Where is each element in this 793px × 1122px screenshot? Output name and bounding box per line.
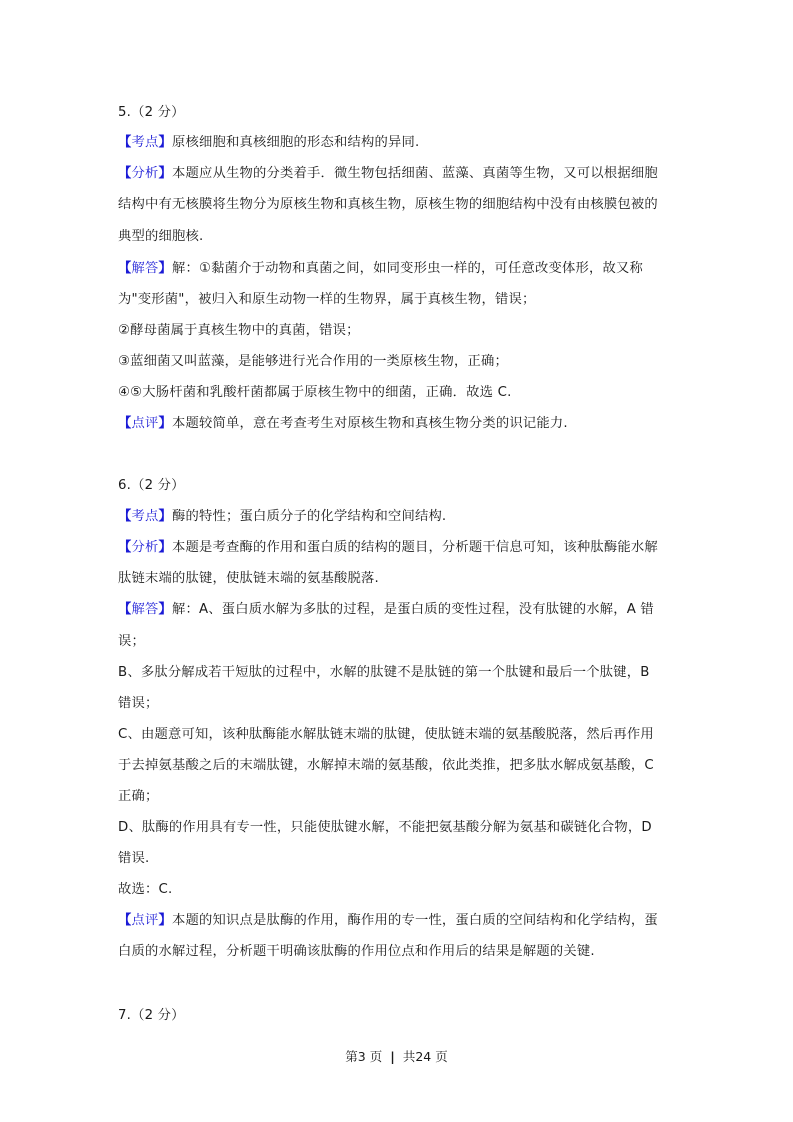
q5-dianping: 【点评】本题较简单，意在考查考生对原核生物和真核生物分类的识记能力. [118,415,568,433]
q6-jieda-line-6: 于去掉氨基酸之后的末端肽键，水解掉末端的氨基酸，依此类推，把多肽水解成氨基酸，C [118,757,654,775]
q6-dianping: 【点评】本题的知识点是肽酶的作用，酶作用的专一性，蛋白质的空间结构和化学结构，蛋 [118,912,658,930]
q6-dianping-line-2: 白质的水解过程，分析题干明确该肽酶的作用位点和作用后的结果是解题的关键. [118,943,595,961]
q6-jieda-line-9: 错误. [118,850,149,868]
kaodian-text: 酶的特性；蛋白质分子的化学结构和空间结构. [172,509,446,524]
left-bracket-icon: 【 [118,509,132,524]
left-bracket-icon: 【 [118,416,132,431]
right-bracket-icon: 】 [159,261,173,276]
dianping-text: 本题较简单，意在考查考生对原核生物和真核生物分类的识记能力. [172,416,568,431]
page-footer: 第3 页|共24 页 [0,1048,793,1066]
left-bracket-icon: 【 [118,166,132,181]
total-pages: 共24 页 [403,1049,448,1064]
q5-kaodian: 【考点】原核细胞和真核细胞的形态和结构的异同. [118,134,419,152]
right-bracket-icon: 】 [159,540,173,555]
fenxi-tag: 分析 [132,540,159,555]
right-bracket-icon: 】 [159,135,173,150]
jieda-text: 解：①黏菌介于动物和真菌之间，如同变形虫一样的，可任意改变体形，故又称 [172,261,643,276]
page-number: 第3 页 [345,1049,382,1064]
jieda-tag: 解答 [132,261,159,276]
q6-fenxi-line-2: 肽链末端的肽键，使肽链末端的氨基酸脱落. [118,570,379,588]
left-bracket-icon: 【 [118,602,132,617]
fenxi-text: 本题是考查酶的作用和蛋白质的结构的题目，分析题干信息可知，该种肽酶能水解 [172,540,658,555]
dianping-text: 本题的知识点是肽酶的作用，酶作用的专一性，蛋白质的空间结构和化学结构，蛋 [172,913,658,928]
fenxi-tag: 分析 [132,166,159,181]
right-bracket-icon: 】 [159,913,173,928]
q6-jieda: 【解答】解：A、蛋白质水解为多肽的过程，是蛋白质的变性过程，没有肽键的水解，A … [118,601,654,619]
q6-jieda-line-5: C、由题意可知，该种肽酶能水解肽链末端的肽键，使肽链末端的氨基酸脱落，然后再作用 [118,726,654,744]
jieda-text: 解：A、蛋白质水解为多肽的过程，是蛋白质的变性过程，没有肽键的水解，A 错 [172,602,654,617]
kaodian-tag: 考点 [132,135,159,150]
right-bracket-icon: 】 [159,416,173,431]
left-bracket-icon: 【 [118,913,132,928]
footer-separator: | [390,1048,395,1066]
right-bracket-icon: 】 [159,166,173,181]
q5-jieda: 【解答】解：①黏菌介于动物和真菌之间，如同变形虫一样的，可任意改变体形，故又称 [118,260,643,278]
q6-jieda-line-8: D、肽酶的作用具有专一性，只能使肽键水解，不能把氨基酸分解为氨基和碳链化合物，D [118,819,652,837]
question-6-number: 6.（2 分） [118,477,185,495]
kaodian-text: 原核细胞和真核细胞的形态和结构的异同. [172,135,419,150]
dianping-tag: 点评 [132,913,159,928]
q5-jieda-line-3: ②酵母菌属于真核生物中的真菌，错误； [118,322,360,340]
q5-jieda-line-5: ④⑤大肠杆菌和乳酸杆菌都属于原核生物中的细菌，正确．故选 C. [118,384,512,402]
q6-jieda-line-3: B、多肽分解成若干短肽的过程中，水解的肽键不是肽链的第一个肽键和最后一个肽键，B [118,664,650,682]
question-7-number: 7.（2 分） [118,1007,185,1025]
left-bracket-icon: 【 [118,261,132,276]
document-page: 5.（2 分） 【考点】原核细胞和真核细胞的形态和结构的异同. 【分析】本题应从… [0,0,793,1122]
jieda-tag: 解答 [132,602,159,617]
q6-jieda-line-2: 误； [118,633,145,651]
right-bracket-icon: 】 [159,602,173,617]
q6-fenxi: 【分析】本题是考查酶的作用和蛋白质的结构的题目，分析题干信息可知，该种肽酶能水解 [118,539,658,557]
left-bracket-icon: 【 [118,540,132,555]
q5-fenxi: 【分析】本题应从生物的分类着手．微生物包括细菌、蓝藻、真菌等生物，又可以根据细胞 [118,165,658,183]
q6-jieda-line-4: 错误； [118,695,159,713]
q6-jieda-line-10: 故选：C. [118,881,172,899]
question-5-number: 5.（2 分） [118,104,185,122]
q5-jieda-line-4: ③蓝细菌又叫蓝藻，是能够进行光合作用的一类原核生物，正确； [118,353,508,371]
q5-fenxi-line-2: 结构中有无核膜将生物分为原核生物和真核生物，原核生物的细胞结构中没有由核膜包被的 [118,196,658,214]
kaodian-tag: 考点 [132,509,159,524]
q6-kaodian: 【考点】酶的特性；蛋白质分子的化学结构和空间结构. [118,508,446,526]
left-bracket-icon: 【 [118,135,132,150]
right-bracket-icon: 】 [159,509,173,524]
q5-fenxi-line-3: 典型的细胞核. [118,228,203,246]
fenxi-text: 本题应从生物的分类着手．微生物包括细菌、蓝藻、真菌等生物，又可以根据细胞 [172,166,658,181]
q6-jieda-line-7: 正确； [118,788,159,806]
q5-jieda-line-2: 为"变形菌"，被归入和原生动物一样的生物界，属于真核生物，错误； [118,291,536,309]
dianping-tag: 点评 [132,416,159,431]
